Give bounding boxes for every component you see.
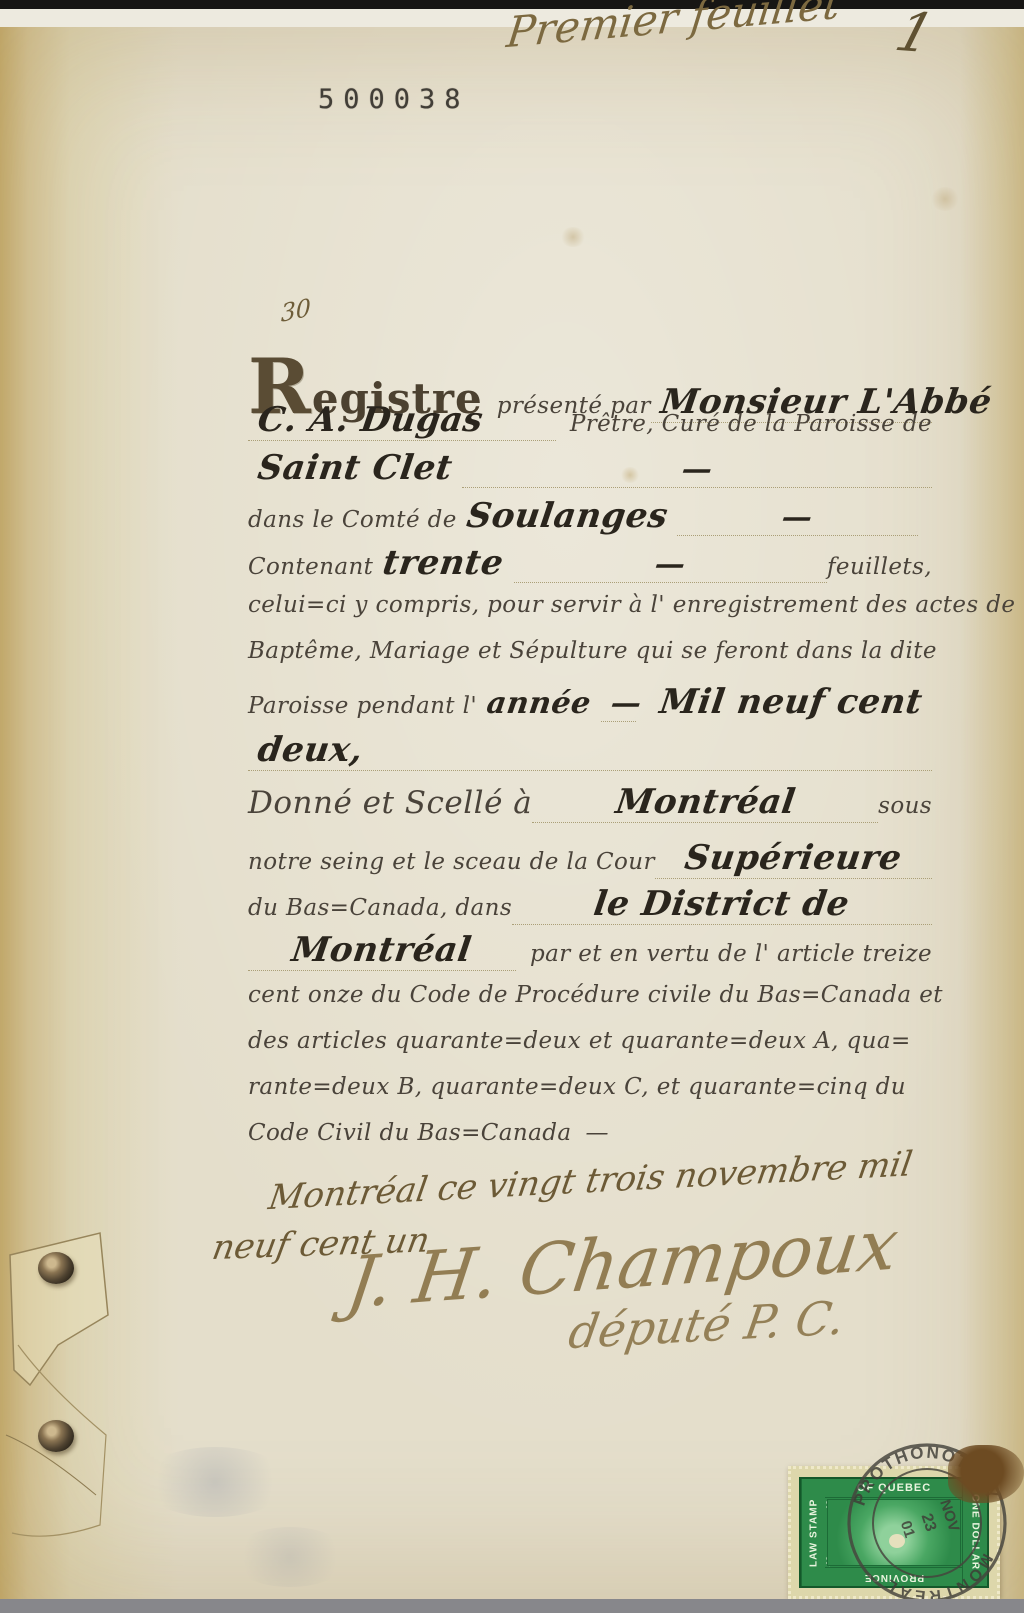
form-row-body1: celui=ci y compris, pour servir à l' enr… [248, 592, 932, 618]
foxing-spot [560, 227, 586, 247]
form-row-body3: cent onze du Code de Procédure civile du… [248, 982, 932, 1008]
year-written2: deux, [245, 730, 375, 770]
year-word-entry: année [475, 686, 604, 721]
body-line3: cent onze du Code de Procédure civile du… [248, 982, 943, 1008]
district-rule: le District de [512, 884, 932, 925]
under-label: sous [878, 793, 932, 819]
serial-number-stamp: 500038 [318, 84, 470, 115]
form-row-seal: notre seing et le sceau de la Cour Supér… [248, 838, 932, 879]
form-row-given: Donné et Scellé à Montréal sous [248, 782, 932, 823]
city-rule: Montréal [532, 782, 878, 823]
form-row-parish: Saint Clet — [248, 448, 932, 488]
paper-smudge [140, 1447, 290, 1517]
paper-tear-lines [0, 1195, 150, 1595]
cancel-bottom-text: MONTREAL [881, 1551, 996, 1605]
parish-rule: — [462, 452, 932, 488]
form-row-year2: deux, [248, 730, 932, 771]
district2-rule: Montréal [248, 930, 516, 971]
form-row-county: dans le Comté de Soulanges — [248, 496, 932, 536]
county-label: dans le Comté de [248, 507, 457, 533]
court-entry: Supérieure [672, 838, 914, 878]
year-rule: — [601, 686, 636, 722]
form-row-year: Paroisse pendant l' année — Mil neuf cen… [248, 682, 932, 722]
dash-mark: — [643, 547, 698, 582]
name-rule: C. A. Dugas [248, 400, 556, 441]
district-entry: le District de [582, 884, 863, 924]
paper-smudge [230, 1527, 350, 1587]
parish-entry: Saint Clet [245, 448, 465, 488]
district-entry2: Montréal [280, 930, 485, 970]
form-row-sheets: Contenant trente — feuillets, [248, 543, 932, 583]
court-rule: Supérieure [655, 838, 932, 879]
binding-brad-bottom [38, 1420, 74, 1452]
body-line5: rante=deux B, quarante=deux C, et quaran… [248, 1074, 906, 1100]
given-label: Donné et Scellé à [248, 785, 532, 821]
body-line4: des articles quarante=deux et quarante=d… [248, 1028, 911, 1054]
dash-mark: — [770, 500, 825, 535]
seal-label: notre seing et le sceau de la Cour [248, 849, 655, 875]
form-row-body6: Code Civil du Bas=Canada — [248, 1120, 932, 1146]
form-row-district: du Bas=Canada, dans le District de [248, 884, 932, 925]
body-line6: Code Civil du Bas=Canada [248, 1120, 571, 1146]
sheets-rule: — [514, 547, 827, 583]
lower-canada-label: du Bas=Canada, dans [248, 895, 512, 921]
sheets-entry: trente [370, 543, 516, 583]
cancel-month: NOV [936, 1498, 962, 1534]
binding-brad-top [38, 1252, 74, 1284]
form-row-body4: des articles quarante=deux et quarante=d… [248, 1028, 932, 1054]
cancel-day: 23 [918, 1511, 940, 1533]
county-rule: — [677, 500, 918, 536]
county-entry: Soulanges [454, 496, 680, 536]
flourish-mark: — [585, 1120, 608, 1146]
year2-rule: deux, [248, 730, 932, 771]
form-row-district2: Montréal par et en vertu de l' article t… [248, 930, 932, 971]
sheets-label: feuillets, [827, 554, 932, 580]
dash-mark: — [598, 686, 653, 721]
scan-edge-bottom [0, 1599, 1024, 1613]
law-stamp-left-text: LAW STAMP [801, 1479, 826, 1586]
during-label: Paroisse pendant l' [248, 693, 477, 719]
city-entry: Montréal [603, 782, 808, 822]
svg-text:MONTREAL: MONTREAL [881, 1551, 996, 1605]
folio-number: 1 [896, 0, 935, 65]
dash-mark: — [669, 452, 724, 487]
cancel-year: 01 [897, 1519, 918, 1540]
article-label: par et en vertu de l' article treize [530, 941, 932, 967]
containing-label: Contenant [248, 554, 373, 580]
body-line2: Baptême, Mariage et Sépulture qui se fer… [248, 638, 937, 664]
body-line1: celui=ci y compris, pour servir à l' enr… [248, 592, 1015, 618]
year-written: Mil neuf cent [647, 682, 935, 722]
foxing-spot [930, 187, 960, 211]
form-row-name: C. A. Dugas Prêtre, Curé de la Paroisse … [248, 400, 932, 441]
name-entry: C. A. Dugas [245, 400, 495, 440]
form-row-body2: Baptême, Mariage et Sépulture qui se fer… [248, 638, 932, 664]
form-row-body5: rante=deux B, quarante=deux C, et quaran… [248, 1074, 932, 1100]
priest-label: Prêtre, Curé de la Paroisse de [570, 411, 932, 437]
